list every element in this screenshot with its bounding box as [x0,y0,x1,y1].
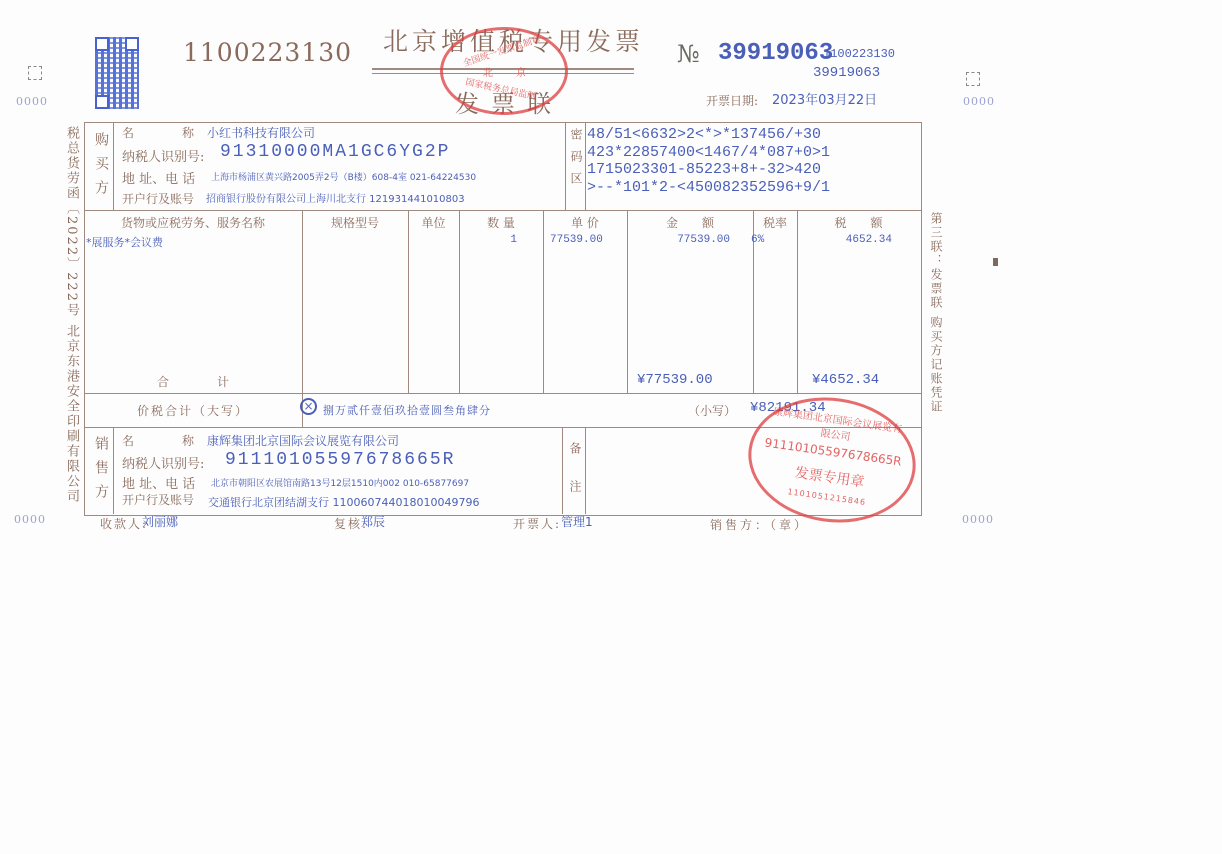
item-qty: 1 [459,234,517,246]
total-amount: ¥77539.00 [637,372,713,388]
seller-tax-id: 91110105597678665R [225,450,455,470]
corner-mark [966,72,980,86]
grand-total-label: 价税合计（大写） [84,402,302,419]
seller-bank-label: 开户行及账号 [122,491,194,508]
buyer-tax-id-label: 纳税人识别号: [122,146,204,165]
grand-total-uppercase: 捌万贰仟壹佰玖拾壹圆叁角肆分 [323,402,491,418]
issuer-label: 开票人: [513,515,561,532]
item-amount: 77539.00 [627,234,730,246]
invoice-number-small: 39919063 [813,65,880,81]
margin-marker-left-bottom: 0000 [14,513,46,526]
col-header-qty: 数 量 [459,214,543,231]
col-header-rate: 税率 [753,214,797,231]
corner-mark [28,66,42,80]
payee-name: 刘丽娜 [142,513,178,530]
item-rate: 6% [751,234,764,246]
copy-designation: 第三联：发票联 购买方记账凭证 [928,212,945,414]
buyer-bank: 招商银行股份有限公司上海川北支行 121931441010803 [206,190,465,205]
seller-tax-id-label: 纳税人识别号: [122,453,204,472]
cipher-block: 48/51<6632>2<*>*137456/+30 423*22857400<… [587,126,830,196]
buyer-name: 小红书科技有限公司 [207,124,315,141]
seller-seal-label: 销售方：（章） [710,516,809,533]
reviewer-name: 郑辰 [361,513,385,530]
cipher-label: 密码区 [568,128,585,194]
margin-marker-right-bottom: 0000 [962,513,994,526]
col-header-unit: 单位 [408,214,459,231]
invoice-code: 1100223130 [183,38,352,67]
seller-name: 康辉集团北京国际会议展览有限公司 [207,432,399,449]
col-header-tax: 税 额 [797,214,920,231]
col-header-name: 货物或应税劳务、服务名称 [84,214,302,231]
issuer-name: 管理1 [561,513,593,530]
seller-bank: 交通银行北京团结湖支行 110060744018010049796 [208,494,479,510]
col-header-price: 单 价 [543,214,627,231]
buyer-section-label: 购买方 [91,132,111,204]
invoice-code-small: 1100223130 [823,47,895,61]
buyer-address-label: 地 址、电 话 [122,168,195,187]
number-symbol: № [677,40,700,68]
margin-marker-right-top: 0000 [963,95,995,108]
seller-section-label: 销售方 [91,436,111,508]
invoice-number: 39919063 [718,40,833,67]
margin-marker-left-top: 0000 [16,95,48,108]
seller-address: 北京市朝阳区农展馆南路13号12层1510内002 010-65877697 [211,476,469,489]
grand-total-small-label: （小写） [688,402,736,419]
payee-label: 收款人: [100,515,148,532]
printer-info: 税总货劳函〔2022〕222号 北京东港安全印刷有限公司 [62,126,81,504]
item-price: 77539.00 [550,234,603,246]
remarks-label: 备注 [567,442,584,518]
item-name: *展服务*会议费 [86,234,163,250]
seller-name-label: 名 称 [122,432,194,449]
col-header-spec: 规格型号 [302,214,408,231]
buyer-tax-id: 91310000MA1GC6YG2P [220,142,450,162]
circled-x-icon: × [300,398,317,415]
col-header-amount: 金 额 [627,214,753,231]
seller-address-label: 地 址、电 话 [122,473,195,492]
supervision-stamp: 全国统一发票监制章 北 京 国家税务总局监制 [440,27,568,115]
item-tax: 4652.34 [797,234,892,246]
total-tax: ¥4652.34 [812,372,879,388]
buyer-name-label: 名 称 [122,124,194,141]
buyer-address: 上海市杨浦区黄兴路2005弄2号（B楼）608-4室 021-64224530 [211,170,476,183]
total-label: 合 计 [84,373,302,390]
date-label: 开票日期: [706,92,758,109]
qr-code [95,37,139,109]
buyer-bank-label: 开户行及账号 [122,190,194,207]
scan-speck [993,258,998,266]
invoice-date: 2023年03月22日 [772,89,877,108]
